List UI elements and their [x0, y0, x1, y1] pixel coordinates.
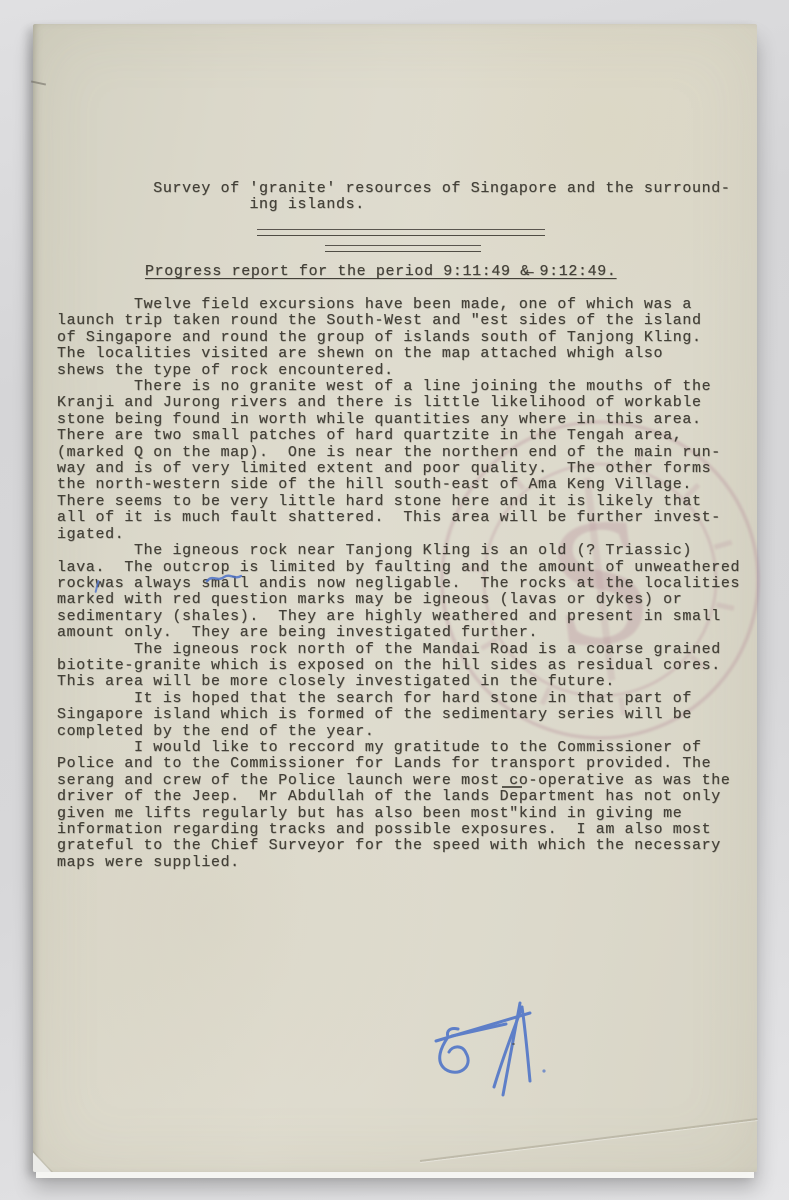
- paragraph: The igneous rock north of the Mandai Roa…: [57, 642, 757, 691]
- handwritten-initials: [408, 989, 558, 1101]
- separator-line: [325, 245, 481, 252]
- paragraph: There is no granite west of a line joini…: [57, 379, 757, 543]
- separator-line: [257, 229, 545, 236]
- paragraph: I would like to reccord my gratitude to …: [57, 740, 757, 871]
- report-body: Twelve field excursions have been made, …: [57, 297, 757, 871]
- paragraph: The igneous rock near Tanjong Kling is a…: [57, 543, 757, 641]
- paper-corner-fold: [33, 1130, 75, 1172]
- paragraph: Twelve field excursions have been made, …: [57, 297, 757, 379]
- paragraph: It is hoped that the search for hard sto…: [57, 691, 757, 740]
- document-page: S Survey of 'granite' resources of Singa…: [33, 24, 757, 1172]
- ink-speck: [512, 1043, 515, 1045]
- pen-underline: [502, 786, 522, 788]
- document-title: Survey of 'granite' resources of Singapo…: [57, 181, 757, 214]
- pen-scribble-mark: [205, 571, 245, 585]
- report-period-heading: Progress report for the period 9:11:49 &…: [145, 264, 616, 280]
- photo-backdrop: S Survey of 'granite' resources of Singa…: [0, 0, 789, 1200]
